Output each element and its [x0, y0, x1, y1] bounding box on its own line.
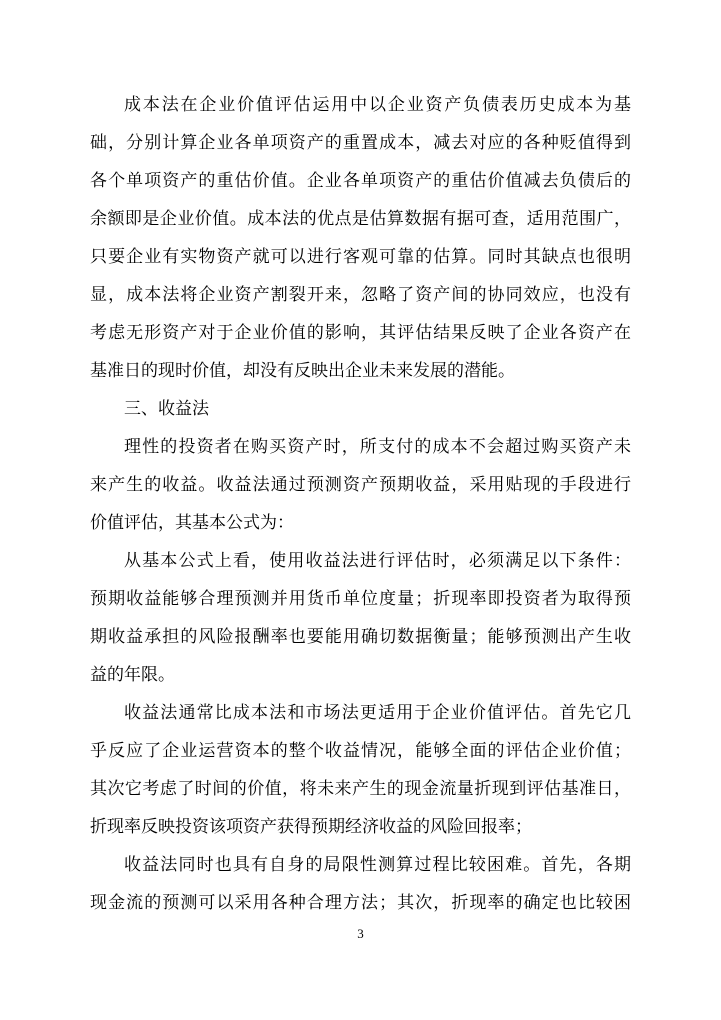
text-line: 预期收益能够合理预测并用货币单位度量；折现率即投资者为取得预 — [90, 580, 631, 618]
text-line: 基准日的现时价值，却没有反映出企业未来发展的潜能。 — [90, 352, 631, 390]
text-line: 期收益承担的风险报酬率也要能用确切数据衡量；能够预测出产生收 — [90, 618, 631, 656]
document-body: 成本法在企业价值评估运用中以企业资产负债表历史成本为基础，分别计算企业各单项资产… — [90, 86, 631, 922]
document-page: 成本法在企业价值评估运用中以企业资产负债表历史成本为基础，分别计算企业各单项资产… — [0, 0, 721, 1020]
text-line: 显，成本法将企业资产割裂开来，忽略了资产间的协同效应，也没有 — [90, 276, 631, 314]
text-line: 从基本公式上看，使用收益法进行评估时，必须满足以下条件： — [90, 542, 631, 580]
text-line: 其次它考虑了时间的价值，将未来产生的现金流量折现到评估基准日， — [90, 770, 631, 808]
page-footer: 3 — [0, 926, 721, 942]
text-line: 折现率反映投资该项资产获得预期经济收益的风险回报率； — [90, 808, 631, 846]
text-line: 价值评估，其基本公式为： — [90, 504, 631, 542]
text-line: 理性的投资者在购买资产时，所支付的成本不会超过购买资产未 — [90, 428, 631, 466]
text-line: 各个单项资产的重估价值。企业各单项资产的重估价值减去负债后的 — [90, 162, 631, 200]
section-heading: 三、收益法 — [90, 390, 631, 428]
text-line: 成本法在企业价值评估运用中以企业资产负债表历史成本为基 — [90, 86, 631, 124]
text-line: 乎反应了企业运营资本的整个收益情况，能够全面的评估企业价值； — [90, 732, 631, 770]
text-line: 余额即是企业价值。成本法的优点是估算数据有据可查，适用范围广， — [90, 200, 631, 238]
text-line: 来产生的收益。收益法通过预测资产预期收益，采用贴现的手段进行 — [90, 466, 631, 504]
text-line: 础，分别计算企业各单项资产的重置成本，减去对应的各种贬值得到 — [90, 124, 631, 162]
text-line: 考虑无形资产对于企业价值的影响，其评估结果反映了企业各资产在 — [90, 314, 631, 352]
text-line: 只要企业有实物资产就可以进行客观可靠的估算。同时其缺点也很明 — [90, 238, 631, 276]
text-line: 益的年限。 — [90, 656, 631, 694]
text-line: 收益法通常比成本法和市场法更适用于企业价值评估。首先它几 — [90, 694, 631, 732]
text-line: 收益法同时也具有自身的局限性测算过程比较困难。首先，各期 — [90, 846, 631, 884]
page-number: 3 — [357, 926, 364, 941]
text-line: 现金流的预测可以采用各种合理方法；其次，折现率的确定也比较困 — [90, 884, 631, 922]
